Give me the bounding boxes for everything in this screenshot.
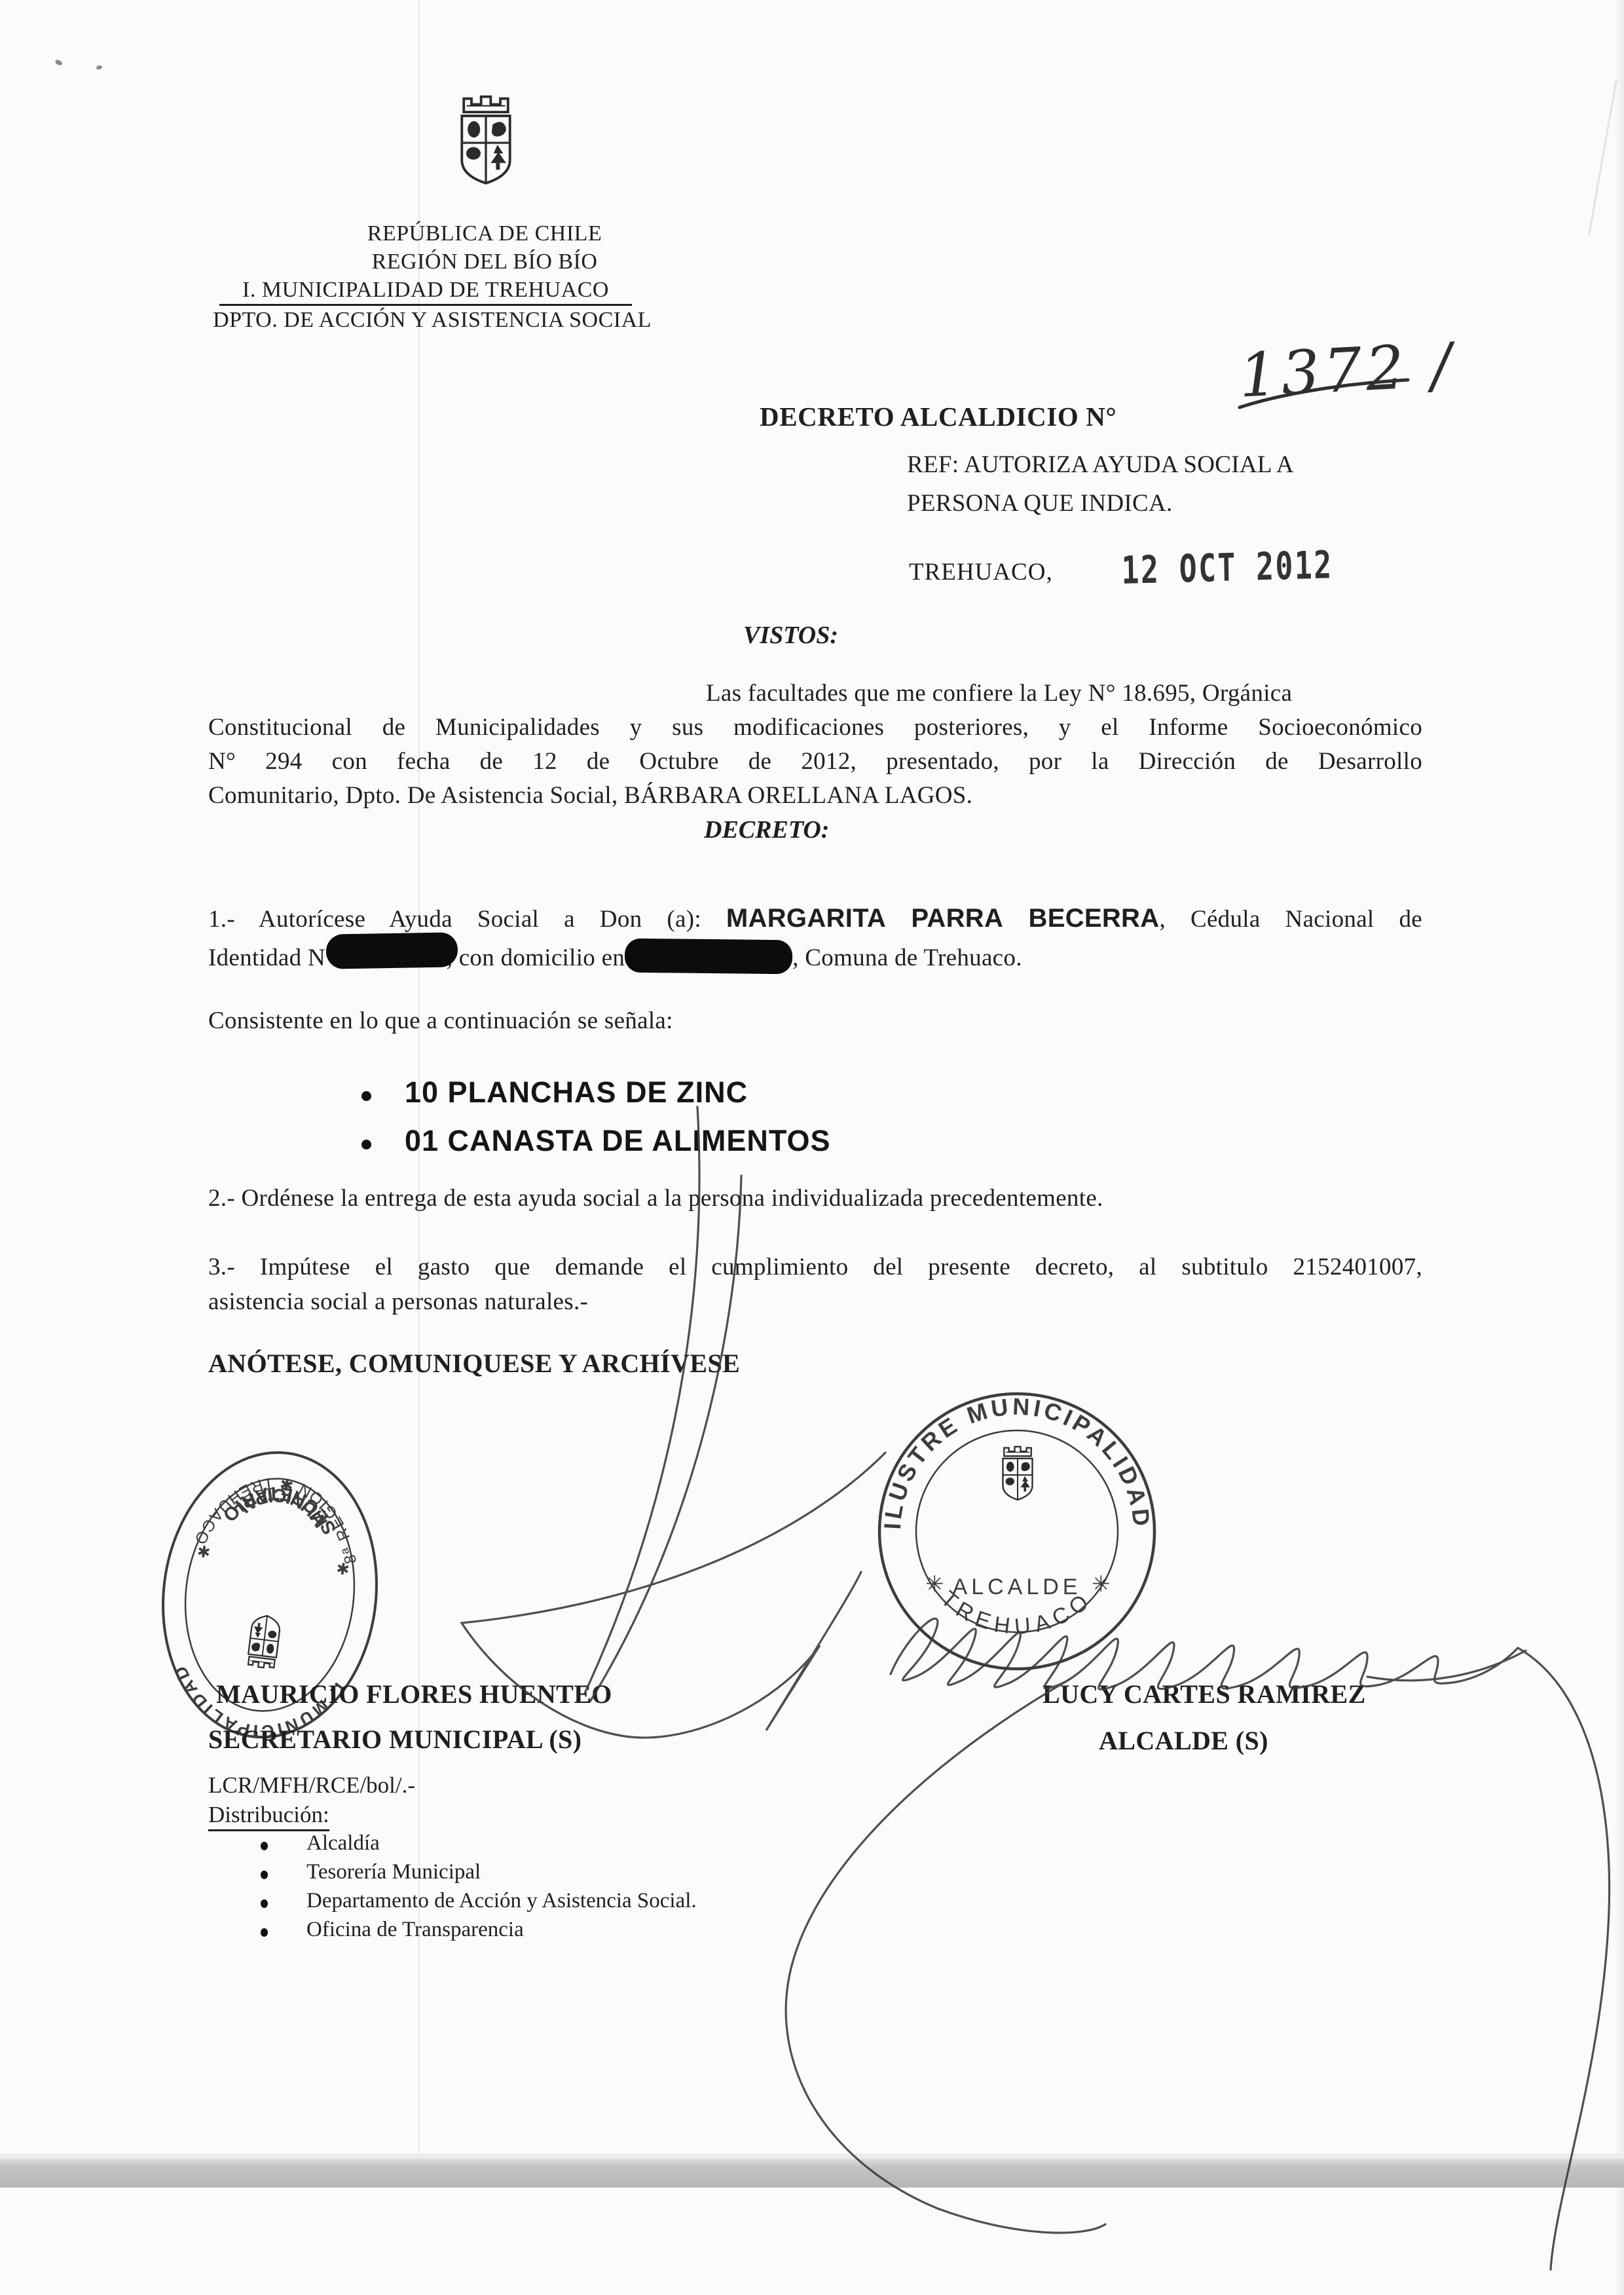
signature-stroke bbox=[1518, 1648, 1610, 2269]
scanned-decree-page: REPÚBLICA DE CHILE REGIÓN DEL BÍO BÍO I.… bbox=[0, 0, 1624, 2295]
signature-stroke bbox=[462, 1453, 885, 1738]
pen-signature-strokes bbox=[0, 0, 1624, 2295]
signature-stroke bbox=[891, 1618, 1518, 1689]
signature-stroke bbox=[786, 1681, 1105, 2233]
handwritten-number-strike bbox=[1240, 380, 1408, 407]
signature-stroke bbox=[1367, 1651, 1526, 1681]
signature-stroke bbox=[590, 1176, 741, 1702]
